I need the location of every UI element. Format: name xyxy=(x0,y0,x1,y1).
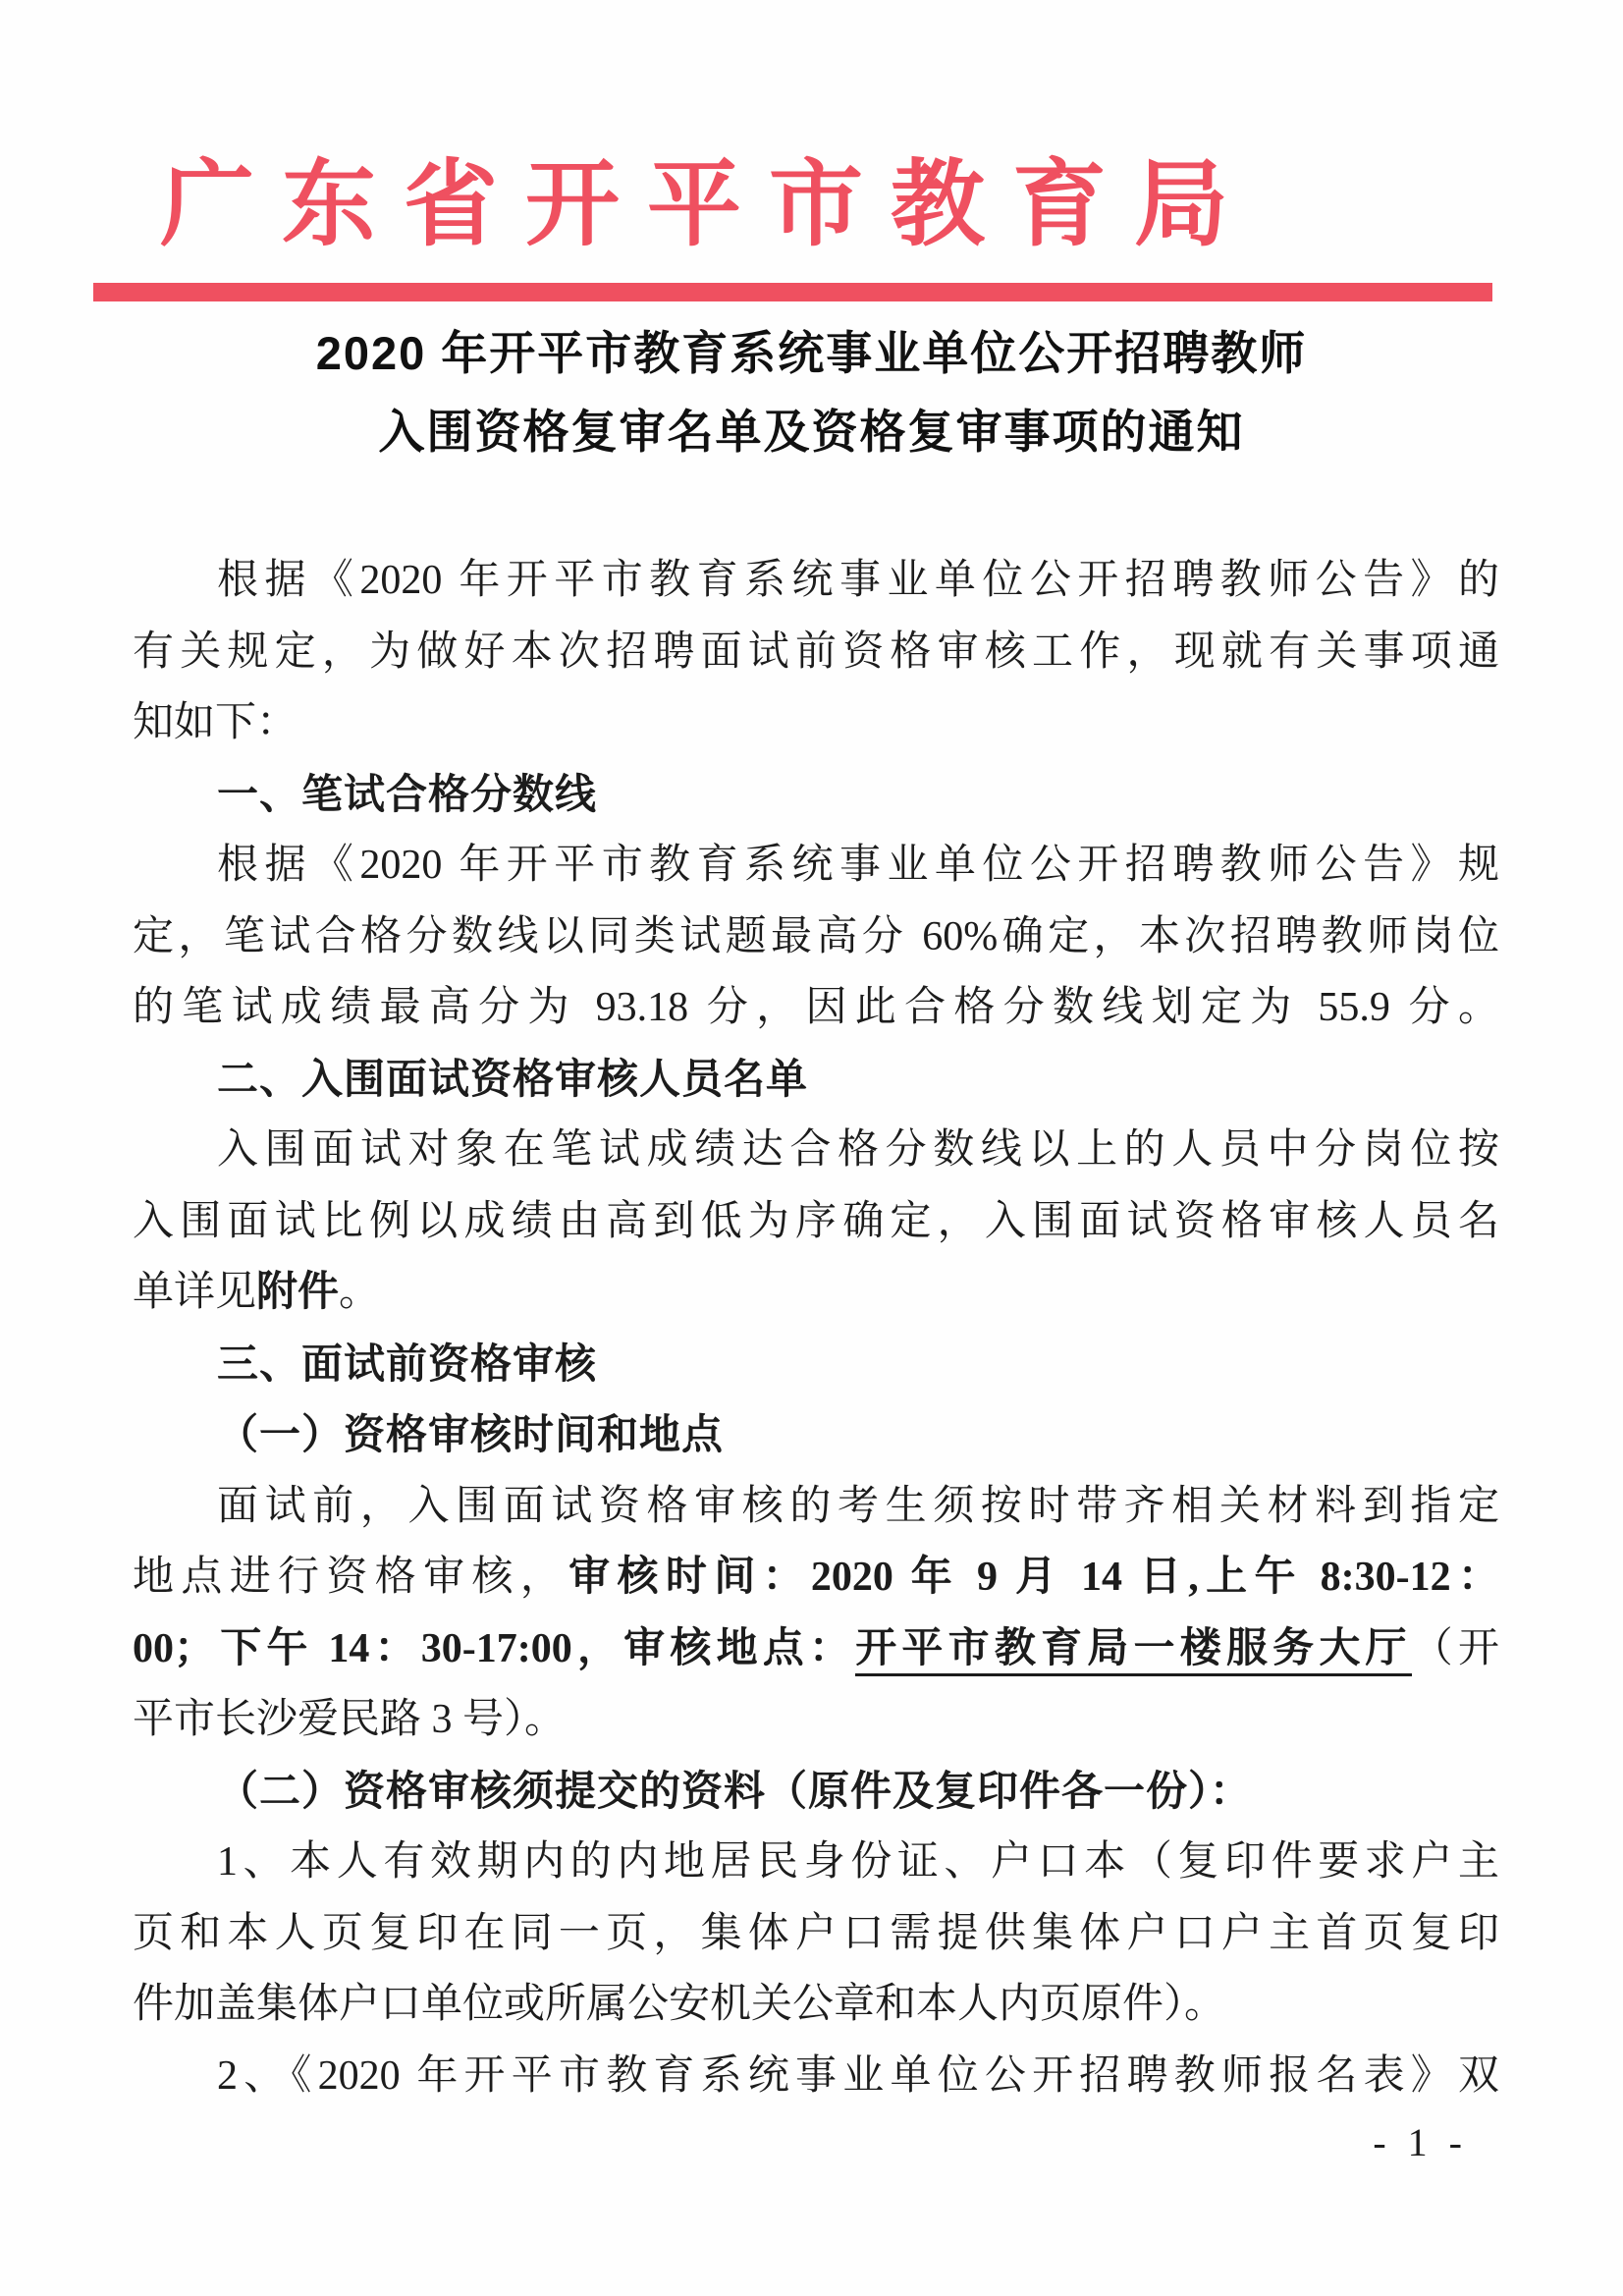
body-line: 单详见附件。 xyxy=(133,1257,1499,1329)
text-segment: 定，笔试合格分数线以同类试题最高分 60%确定，本次招聘教师岗位 xyxy=(133,914,1499,959)
document-title-line1: 2020 年开平市教育系统事业单位公开招聘教师 xyxy=(0,314,1623,393)
text-segment: 2、《2020 年开平市教育系统事业单位公开招聘教师报名表》双 xyxy=(217,2053,1499,2099)
agency-name: 广东省开平市教育局 xyxy=(160,130,1256,264)
text-segment: 二、入围面试资格审核人员名单 xyxy=(217,1056,808,1102)
text-segment: 开平市教育局一楼服务大厅 xyxy=(855,1626,1412,1676)
text-segment: 00；下午 14：30-17:00，审核地点： xyxy=(133,1626,855,1671)
text-segment: 。 xyxy=(339,1270,380,1315)
body-line: （二）资格审核须提交的资料（原件及复印件各一份）： xyxy=(133,1756,1499,1828)
body-line: 地点进行资格审核，审核时间：2020 年 9 月 14 日,上午 8:30-12… xyxy=(133,1542,1499,1613)
text-segment: 附件 xyxy=(256,1270,339,1315)
body-line: 件加盖集体户口单位或所属公安机关公章和本人内页原件）。 xyxy=(133,1969,1499,2041)
text-segment: 一、笔试合格分数线 xyxy=(217,771,597,817)
header-separator-bar xyxy=(93,283,1492,301)
body-line: 平市长沙爱民路 3 号）。 xyxy=(133,1684,1499,1756)
text-segment: 单详见 xyxy=(133,1270,256,1315)
body-line: 的笔试成绩最高分为 93.18 分，因此合格分数线划定为 55.9 分。 xyxy=(133,972,1499,1044)
body-line: 二、入围面试资格审核人员名单 xyxy=(133,1044,1499,1116)
body-line: 定，笔试合格分数线以同类试题最高分 60%确定，本次招聘教师岗位 xyxy=(133,902,1499,973)
text-segment: 页和本人页复印在同一页，集体户口需提供集体户口户主首页复印 xyxy=(133,1911,1499,1956)
body-line: 根据《2020 年开平市教育系统事业单位公开招聘教师公告》的 xyxy=(133,545,1499,617)
body-line: 一、笔试合格分数线 xyxy=(133,759,1499,831)
body-line: 有关规定，为做好本次招聘面试前资格审核工作，现就有关事项通 xyxy=(133,617,1499,688)
text-segment: （一）资格审核时间和地点 xyxy=(217,1411,724,1457)
document-body: 根据《2020 年开平市教育系统事业单位公开招聘教师公告》的有关规定，为做好本次… xyxy=(133,545,1499,2111)
text-segment: 1、本人有效期内的内地居民身份证、户口本（复印件要求户主 xyxy=(217,1839,1499,1885)
body-line: 00；下午 14：30-17:00，审核地点：开平市教育局一楼服务大厅（开 xyxy=(133,1613,1499,1685)
text-segment: 地点进行资格审核， xyxy=(133,1555,568,1600)
text-segment: 入围面试比例以成绩由高到低为序确定，入围面试资格审核人员名 xyxy=(133,1199,1499,1244)
body-line: 根据《2020 年开平市教育系统事业单位公开招聘教师公告》规 xyxy=(133,830,1499,902)
text-segment: 平市长沙爱民路 3 号）。 xyxy=(133,1697,566,1742)
text-segment: 知如下： xyxy=(133,700,298,745)
body-line: 知如下： xyxy=(133,687,1499,759)
body-line: 1、本人有效期内的内地居民身份证、户口本（复印件要求户主 xyxy=(133,1827,1499,1898)
text-segment: 件加盖集体户口单位或所属公安机关公章和本人内页原件）。 xyxy=(133,1982,1225,2027)
text-segment: 审核时间：2020 年 9 月 14 日,上午 8:30-12： xyxy=(568,1555,1499,1600)
document-page: 广东省开平市教育局 2020 年开平市教育系统事业单位公开招聘教师 入围资格复审… xyxy=(0,0,1623,2296)
text-segment: 根据《2020 年开平市教育系统事业单位公开招聘教师公告》的 xyxy=(217,558,1499,603)
text-segment: 的笔试成绩最高分为 93.18 分，因此合格分数线划定为 55.9 分。 xyxy=(133,985,1499,1030)
body-line: 页和本人页复印在同一页，集体户口需提供集体户口户主首页复印 xyxy=(133,1898,1499,1970)
text-segment: 有关规定，为做好本次招聘面试前资格审核工作，现就有关事项通 xyxy=(133,629,1499,675)
text-segment: 根据《2020 年开平市教育系统事业单位公开招聘教师公告》规 xyxy=(217,843,1499,888)
body-line: 入围面试比例以成绩由高到低为序确定，入围面试资格审核人员名 xyxy=(133,1186,1499,1258)
text-segment: （二）资格审核须提交的资料（原件及复印件各一份）： xyxy=(217,1768,1252,1814)
text-segment: 面试前，入围面试资格审核的考生须按时带齐相关材料到指定 xyxy=(217,1484,1499,1529)
body-line: 面试前，入围面试资格审核的考生须按时带齐相关材料到指定 xyxy=(133,1471,1499,1543)
document-title-line2: 入围资格复审名单及资格复审事项的通知 xyxy=(0,393,1623,471)
body-line: 2、《2020 年开平市教育系统事业单位公开招聘教师报名表》双 xyxy=(133,2041,1499,2112)
body-line: 入围面试对象在笔试成绩达合格分数线以上的人员中分岗位按 xyxy=(133,1115,1499,1186)
text-segment: 入围面试对象在笔试成绩达合格分数线以上的人员中分岗位按 xyxy=(217,1127,1499,1173)
page-number: - 1 - xyxy=(1373,2119,1468,2165)
document-title: 2020 年开平市教育系统事业单位公开招聘教师 入围资格复审名单及资格复审事项的… xyxy=(0,314,1623,471)
text-segment: 三、面试前资格审核 xyxy=(217,1340,597,1387)
text-segment: （开 xyxy=(1412,1626,1499,1671)
body-line: （一）资格审核时间和地点 xyxy=(133,1399,1499,1471)
body-line: 三、面试前资格审核 xyxy=(133,1329,1499,1400)
